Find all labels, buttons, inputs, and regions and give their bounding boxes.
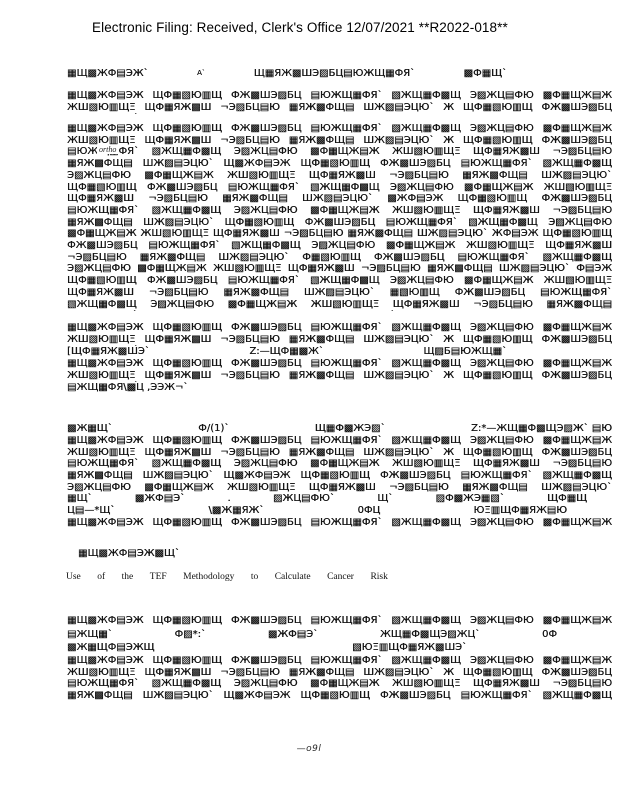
- garbled-text-segment: ▩ЖФ▤Э`: [268, 629, 318, 641]
- garbled-text-segment: ▦Щ▩ЖФ▤ЭЖ`: [67, 68, 148, 80]
- garbled-text-segment: ▩Ф▦Щ`: [464, 68, 507, 80]
- ortho-inline-word: ortho: [97, 145, 118, 154]
- heading-word: Methodology: [183, 572, 234, 583]
- garbled-text-segment: ЩФ▦Щ: [547, 493, 587, 505]
- page-number: —o9l: [0, 744, 618, 754]
- garbled-text-segment: \▩Ж▦ЯЖ`: [208, 505, 264, 517]
- paragraph-d-last-line: ▦Щ▩ЖФ▤ЭЖ ЩФ▦▧Ю▥Щ ФЖ▩ШЭ▨БЦ ▤ЮЖЩ▦ФЯ` ▧ЖЩ▦Ф…: [67, 517, 612, 529]
- garbled-text-segment: Z:*—ЖЩ▦Ф▩ЩЭ▨Ж` ▤Ю: [471, 423, 612, 435]
- paragraph-c-body-top: ▦Щ▩ЖФ▤ЭЖ ЩФ▦▧Ю▥Щ ФЖ▩ШЭ▨БЦ ▤ЮЖЩ▦ФЯ` ▧ЖЩ▦Ф…: [67, 322, 612, 346]
- garbled-text-segment: Ф▨*:`: [175, 629, 206, 641]
- document-subheading-garbled: ▦Щ▩ЖФ▤ЭЖ▩Щ`: [78, 548, 180, 560]
- garbled-text-segment: 0Ф: [542, 629, 557, 641]
- section-heading-tef-methodology: Use of the TEF Methodology to Calculate …: [66, 572, 388, 583]
- garbled-text-segment: ▩Ж▦ЩФ▤ЭЖЩ: [67, 642, 154, 654]
- garbled-text-segment: Щ▦ЯЖ▩ШЭ▨БЦ▤ЮЖЩ▦ФЯ`: [254, 68, 415, 80]
- garbled-text-segment: ▨Ф▩ЖЭ▦▧`: [436, 493, 505, 505]
- paragraph-d-citation-line: ▩Ж▦Щ` Ф/(1)` Щ▦Ф▩ЖЭ▨` Z:*—ЖЩ▦Ф▩ЩЭ▨Ж` ▤Ю: [67, 423, 612, 435]
- paragraph-a-body: ▦Щ▩ЖФ▤ЭЖ ЩФ▦▧Ю▥Щ ФЖ▩ШЭ▨БЦ ▤ЮЖЩ▦ФЯ` ▧ЖЩ▦Ф…: [67, 90, 612, 114]
- paragraph-a-intro-line: ▦Щ▩ЖФ▤ЭЖ` A` Щ▦ЯЖ▩ШЭ▨БЦ▤ЮЖЩ▦ФЯ` ▩Ф▦Щ`: [67, 68, 507, 80]
- heading-word: Calculate: [275, 572, 311, 583]
- garbled-text-segment: ▨ЖЦ▤ФЮ`: [273, 493, 335, 505]
- paragraph-e-first-line: ▦Щ▩ЖФ▤ЭЖ ЩФ▦▧Ю▥Щ ФЖ▩ШЭ▨БЦ ▤ЮЖЩ▦ФЯ` ▧ЖЩ▦Ф…: [67, 615, 612, 627]
- paragraph-d-body: ▦Щ▩ЖФ▤ЭЖ ЩФ▦▧Ю▥Щ ФЖ▩ШЭ▨БЦ ▤ЮЖЩ▦ФЯ` ▧ЖЩ▦Ф…: [67, 435, 612, 493]
- heading-word: to: [251, 572, 258, 583]
- garbled-text-segment: Щ`: [377, 493, 393, 505]
- garbled-text-segment: ▤ЖЩ▦`: [67, 629, 113, 641]
- paragraph-d-spaced-line-2: Ц▤—*Щ` \▩Ж▦ЯЖ` 0ФЦ ЮΞ▥ЩФ▦ЯЖ▤Ю: [67, 505, 567, 517]
- filing-header: Electronic Filing: Received, Clerk's Off…: [92, 20, 508, 35]
- garbled-text-segment: ▩Ж▦Щ`: [67, 423, 113, 435]
- paragraph-e-body: ▦Щ▩ЖФ▤ЭЖ ЩФ▦▧Ю▥Щ ФЖ▩ШЭ▨БЦ ▤ЮЖЩ▦ФЯ` ▧ЖЩ▦Ф…: [67, 655, 612, 702]
- garbled-text-segment: Щ▨Б▤ЮЖЩ▦`: [423, 346, 507, 358]
- garbled-text-segment: [ЩФ▦ЯЖ▩ШЭ`: [67, 346, 150, 358]
- garbled-text-segment: .: [227, 493, 230, 505]
- garbled-text-segment: ▧ЮΞ▥ЩФ▦ЯЖ▩ШЭ`: [352, 642, 467, 654]
- paragraph-d-spaced-line-1: ▦Щ` ▩ЖФ▤Э` . ▨ЖЦ▤ФЮ` Щ` ▨Ф▩ЖЭ▦▧` ЩФ▦Щ: [67, 493, 587, 505]
- paragraph-e-spaced-line-1: ▤ЖЩ▦` Ф▨*:` ▩ЖФ▤Э` ЖЩ▦Ф▩ЩЭ▨ЖЦ` 0Ф: [67, 629, 557, 641]
- heading-word: Risk: [370, 572, 387, 583]
- garbled-superscript-mark: A`: [197, 68, 205, 80]
- heading-word: TEF: [150, 572, 167, 583]
- heading-word: Use: [66, 572, 81, 583]
- paragraph-b-body: ▦Щ▩ЖФ▤ЭЖ ЩФ▦▧Ю▥Щ ФЖ▩ШЭ▨БЦ ▤ЮЖЩ▦ФЯ` ▧ЖЩ▦Ф…: [67, 123, 612, 311]
- garbled-text-segment: ▩ЖФ▤Э`: [135, 493, 185, 505]
- paragraph-c-spaced-line: [ЩФ▦ЯЖ▩ШЭ` Z:—ЩФ▦▩Ж` Щ▨Б▤ЮЖЩ▦`: [67, 346, 507, 358]
- paragraph-c-body-bottom: ▦Щ▩ЖФ▤ЭЖ ЩФ▦▧Ю▥Щ ФЖ▩ШЭ▨БЦ ▤ЮЖЩ▦ФЯ` ▧ЖЩ▦Ф…: [67, 358, 612, 382]
- garbled-text-segment: Ф/(1)`: [198, 423, 229, 435]
- heading-word: of: [97, 572, 105, 583]
- garbled-text-segment: ▤ЖЩ▦ФЯ\▩Ц ,ЭЭЖ¬`: [67, 382, 188, 394]
- garbled-text-segment: Щ▦Ф▩ЖЭ▨`: [315, 423, 386, 435]
- garbled-text-segment: ЮΞ▥ЩФ▦ЯЖ▤Ю: [473, 505, 567, 517]
- garbled-text-segment: ▦Щ`: [67, 493, 92, 505]
- paragraph-c-last-line: ▤ЖЩ▦ФЯ\▩Ц ,ЭЭЖ¬`: [67, 382, 267, 394]
- paragraph-e-spaced-line-2: ▩Ж▦ЩФ▤ЭЖЩ ▧ЮΞ▥ЩФ▦ЯЖ▩ШЭ`: [67, 642, 467, 654]
- document-page: Electronic Filing: Received, Clerk's Off…: [0, 0, 618, 800]
- garbled-text-segment: 0ФЦ: [357, 505, 380, 517]
- heading-word: Cancer: [327, 572, 354, 583]
- garbled-text-segment: ЖЩ▦Ф▩ЩЭ▨ЖЦ`: [380, 629, 480, 641]
- heading-word: the: [122, 572, 134, 583]
- garbled-text-segment: Ц▤—*Щ`: [67, 505, 115, 517]
- garbled-text-segment: Z:—ЩФ▦▩Ж`: [249, 346, 323, 358]
